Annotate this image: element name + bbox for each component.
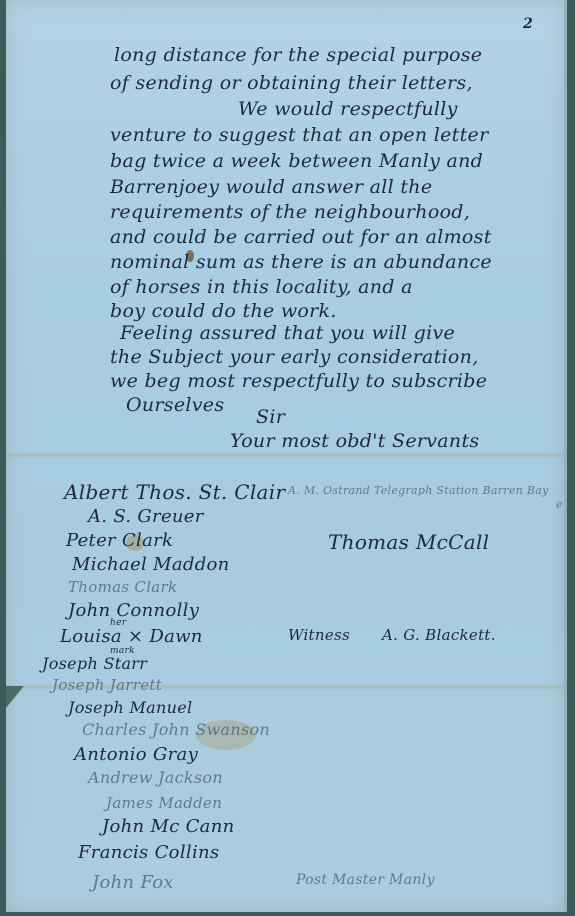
signature: John Fox <box>92 872 174 893</box>
signature: Antonio Gray <box>74 744 198 765</box>
witness-label: Witness <box>288 626 350 644</box>
body-line: requirements of the neighbourhood, <box>110 201 470 223</box>
signature: James Madden <box>106 794 222 812</box>
signature: Joseph Starr <box>42 654 147 673</box>
body-line: the Subject your early consideration, <box>110 346 479 368</box>
body-line: Ourselves <box>126 394 224 416</box>
telegraph-note-suffix: e <box>556 498 563 511</box>
body-line: bag twice a week between Manly and <box>110 150 483 172</box>
telegraph-station-note: A. M. Ostrand Telegraph Station Barren B… <box>288 484 549 497</box>
signature-thomas-mccall: Thomas McCall <box>328 530 489 554</box>
body-line: long distance for the special purpose <box>114 44 482 66</box>
signature: Thomas Clark <box>68 578 177 596</box>
signature: Joseph Jarrett <box>52 676 162 694</box>
witness-name: A. G. Blackett. <box>382 626 496 644</box>
signature: John Connolly <box>68 600 199 621</box>
signature: Francis Collins <box>78 842 219 863</box>
signature: Peter Clark <box>66 530 173 551</box>
signature: Charles John Swanson <box>82 720 270 739</box>
signature: Michael Maddon <box>72 554 230 575</box>
signature: Albert Thos. St. Clair <box>64 480 285 504</box>
body-line: and could be carried out for an almost <box>110 226 492 248</box>
petition-letter-page: 2 long distance for the special purpose … <box>6 0 567 912</box>
body-line: Feeling assured that you will give <box>120 322 455 344</box>
signature: Louisa × Dawn <box>60 626 203 647</box>
body-line: boy could do the work. <box>110 300 337 322</box>
signature: Joseph Manuel <box>68 698 192 717</box>
salutation: Sir <box>256 406 285 428</box>
closing: Your most obd't Servants <box>230 430 479 452</box>
body-line: of sending or obtaining their letters, <box>110 72 473 94</box>
body-line: we beg most respectfully to subscribe <box>110 370 487 392</box>
body-line: of horses in this locality, and a <box>110 276 413 298</box>
postmaster-note: Post Master Manly <box>296 872 435 888</box>
signature: Andrew Jackson <box>88 768 223 787</box>
page-number: 2 <box>523 16 533 32</box>
body-line: venture to suggest that an open letter <box>110 124 488 146</box>
body-line: Barrenjoey would answer all the <box>110 176 432 198</box>
body-line: nominal sum as there is an abundance <box>110 251 492 273</box>
signature: John Mc Cann <box>102 816 234 837</box>
body-line: We would respectfully <box>238 98 458 120</box>
paper-fold-line <box>6 452 564 458</box>
torn-corner <box>6 686 24 708</box>
signature: A. S. Greuer <box>88 506 204 527</box>
